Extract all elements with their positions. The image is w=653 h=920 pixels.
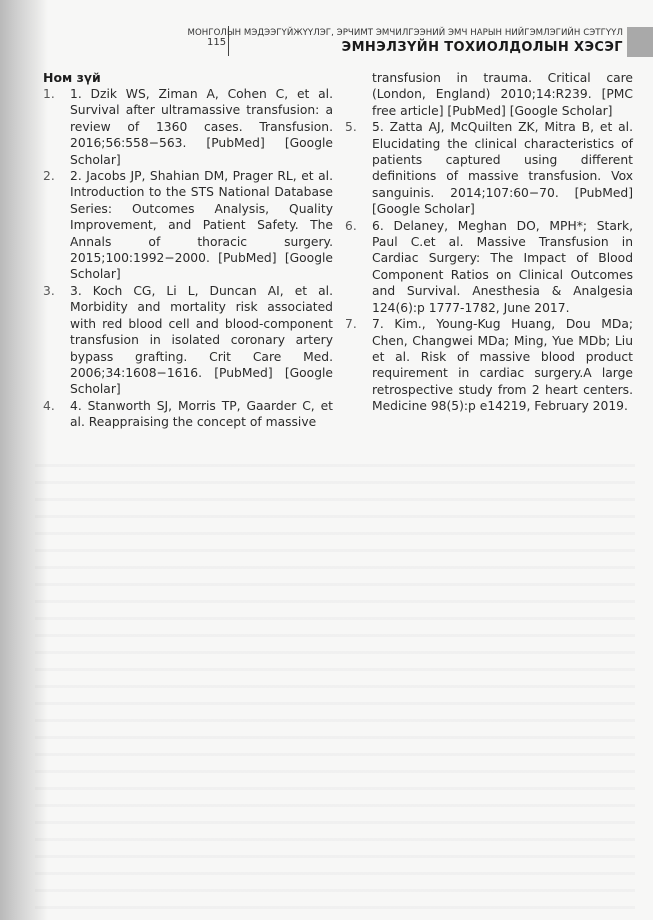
section-tab-marker: [627, 27, 653, 57]
page-number: 115: [207, 37, 226, 48]
reference-text: 3. Koch CG, Li L, Duncan AI, et al. Morb…: [70, 284, 333, 396]
reference-item-continuation: transfusion in trauma. Critical care (Lo…: [345, 70, 633, 119]
reference-item: 3. 3. Koch CG, Li L, Duncan AI, et al. M…: [43, 283, 333, 398]
show-through-bleed: [35, 450, 635, 910]
reference-item: 5. 5. Zatta AJ, McQuilten ZK, Mitra B, e…: [345, 119, 633, 217]
reference-text: 1. Dzik WS, Ziman A, Cohen C, et al. Sur…: [70, 87, 333, 167]
reference-item: 4. 4. Stanworth SJ, Morris TP, Gaarder C…: [43, 398, 333, 431]
page-header: 115 МОНГОЛЫН МЭДЭЭГҮЙЖҮҮЛЭГ, ЭРЧИМТ ЭМЧИ…: [0, 0, 653, 60]
reference-number: 5.: [345, 119, 357, 135]
reference-number: 3.: [43, 283, 55, 299]
reference-number: 2.: [43, 168, 55, 184]
reference-text: 2. Jacobs JP, Shahian DM, Prager RL, et …: [70, 169, 333, 281]
reference-item: 1. 1. Dzik WS, Ziman A, Cohen C, et al. …: [43, 86, 333, 168]
reference-item: 2. 2. Jacobs JP, Shahian DM, Prager RL, …: [43, 168, 333, 283]
section-title: ЭМНЭЛЗҮЙН ТОХИОЛДОЛЫН ХЭСЭГ: [342, 40, 623, 55]
reference-number: 6.: [345, 218, 357, 234]
reference-text: 6. Delaney, Meghan DO, MPH*; Stark, Paul…: [372, 219, 633, 315]
reference-number: 7.: [345, 316, 357, 332]
reference-text: 7. Kim., Young-Kug Huang, Dou MDa; Chen,…: [372, 317, 633, 413]
reference-text: 4. Stanworth SJ, Morris TP, Gaarder C, e…: [70, 399, 333, 429]
reference-item: 6. 6. Delaney, Meghan DO, MPH*; Stark, P…: [345, 218, 633, 316]
references-column-left: Ном зүй 1. 1. Dzik WS, Ziman A, Cohen C,…: [43, 70, 333, 431]
references-list-continued: transfusion in trauma. Critical care (Lo…: [345, 70, 633, 415]
references-column-right: transfusion in trauma. Critical care (Lo…: [345, 70, 633, 415]
references-heading: Ном зүй: [43, 70, 333, 86]
reference-number: 4.: [43, 398, 55, 414]
reference-item: 7. 7. Kim., Young-Kug Huang, Dou MDa; Ch…: [345, 316, 633, 414]
reference-text: 5. Zatta AJ, McQuilten ZK, Mitra B, et a…: [372, 120, 633, 216]
reference-number: 1.: [43, 86, 55, 102]
journal-title: МОНГОЛЫН МЭДЭЭГҮЙЖҮҮЛЭГ, ЭРЧИМТ ЭМЧИЛГЭЭ…: [188, 28, 623, 38]
references-list: 1. 1. Dzik WS, Ziman A, Cohen C, et al. …: [43, 86, 333, 431]
reference-text: transfusion in trauma. Critical care (Lo…: [372, 71, 633, 118]
